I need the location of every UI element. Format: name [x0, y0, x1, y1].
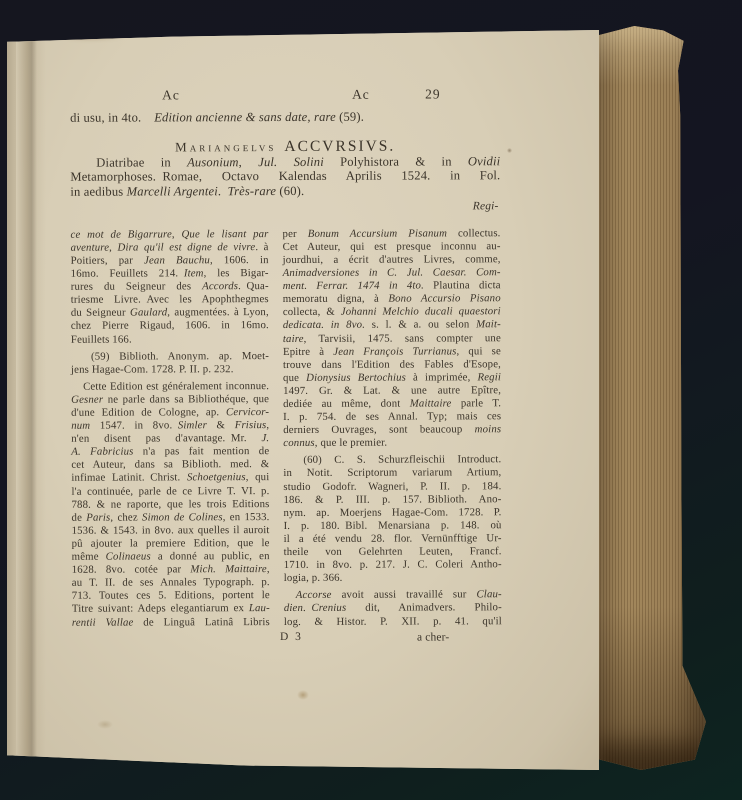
text-line: dediée au même, dont Maittaire parle T. — [283, 397, 501, 411]
text-line: taire, Tarvisii, 1475. sans compter une — [283, 332, 501, 346]
text-line: 1536. & 1543. in 8vo. aux quelles il aur… — [72, 524, 270, 538]
paper-speck — [507, 148, 512, 153]
text-line: log. & Histor. P. XII. p. 41. qu'il — [284, 615, 502, 629]
text-line: 1628. 8vo. cotée par Mich. Maittaire, — [72, 563, 270, 577]
text-line: Feuillets 166. — [71, 333, 269, 347]
left-paragraph-continuation: ce mot de Bigarrure, Que le lisant parav… — [71, 228, 269, 347]
text-line: (59) Biblioth. Anonym. ap. Moet- — [71, 350, 269, 364]
text-line: studio Godofr. Wagneri, P. II. p. 184. — [283, 480, 501, 494]
text-line: même Colinaeus a donné au public, en — [72, 550, 270, 564]
text-line: Gesner ne parle dans sa Bibliothéque, qu… — [71, 393, 269, 407]
text-line: n'en disent pas d'avantage. Mr. J. — [71, 432, 269, 446]
article-heading: MariangelvsACCVRSIVS. — [70, 139, 500, 156]
text-line: d'une Edition de Cologne, ap. Cervicor- — [71, 406, 269, 420]
gutter-strip — [7, 30, 16, 770]
text-line: connus, que le premier. — [283, 437, 501, 451]
page-content: Ac Ac 29 di usu, in 4to. Edition ancienn… — [70, 87, 502, 647]
text-line: ment. Ferrar. 1474 in 4to. Plautina dict… — [283, 279, 501, 293]
book-fore-edge — [594, 26, 706, 770]
text-line: triesme Livre. Avec les Apophthegmes — [71, 293, 269, 307]
text-line: 788. & ne raporte, que les trois Edition… — [71, 498, 269, 512]
footnote-59: (59) Biblioth. Anonym. ap. Moet-jens Hag… — [71, 350, 269, 377]
text-line: in aedibus Marcelli Argentei. Très-rare … — [70, 183, 500, 199]
text-line: dien. Crenius dit, Animadvers. Philo- — [284, 602, 502, 616]
text-line: num 1547. in 8vo. Simler & Frisius, — [71, 419, 269, 433]
text-line: A. Fabricius n'a pas fait mention de — [71, 445, 269, 459]
page-footer: D 3 a cher- — [72, 630, 502, 648]
paper-stain — [297, 690, 309, 700]
text-line: ce mot de Bigarrure, Que le lisant par — [71, 228, 269, 242]
text-line: 1710. in 8vo. p. 217. J. C. Coleri Antho… — [284, 558, 502, 572]
text-line: I. p. 180. Bibl. Menarsiana p. 148. où — [284, 519, 502, 533]
text-columns: ce mot de Bigarrure, Que le lisant parav… — [71, 227, 502, 629]
text-line: dedicata. in 8vo. s. l. & a. ou selon Ma… — [283, 319, 501, 333]
gutter-crease — [16, 30, 46, 770]
text-line: du Seigneur Gaulard, augmentées. à Lyon, — [71, 306, 269, 320]
text-line: de Paris, chez Simon de Colines, en 1533… — [72, 511, 270, 525]
text-line: rentii Vallae de Linguâ Latinâ Libris — [72, 616, 270, 630]
text-line: Epitre à Jean François Turrianus, qui se — [283, 345, 501, 359]
text-line: nym. ap. Moerjens Hagae-Com. 1728. P. — [283, 506, 501, 520]
text-line: per Bonum Accursium Pisanum collectus. — [283, 227, 501, 241]
author-forename: Mariangelvs — [175, 139, 276, 154]
text-line: derniers Ouvrages, sont beaucoup moins — [283, 423, 501, 437]
text-line: 1497. Gr. & Lat. & une autre Epître, — [283, 384, 501, 398]
text-line: Diatribae in Ausonium, Jul. Solini Polyh… — [70, 154, 500, 170]
text-line: 713. Toutes ces 5. Editions, portent le — [72, 589, 270, 603]
text-line: Animadversiones in C. Jul. Caesar. Com- — [283, 266, 501, 280]
text-line: jens Hagae-Com. 1728. P. II. p. 232. — [71, 363, 269, 377]
text-line: l'a continuée, parle de ce Livre T. VI. … — [71, 485, 269, 499]
text-line: in Notit. Scriptorum variarum Artium, — [283, 467, 501, 481]
page-number: 29 — [425, 87, 441, 100]
text-line: Metamorphoses. Romae, Octavo Kalendas Ap… — [70, 169, 500, 185]
left-column: ce mot de Bigarrure, Que le lisant parav… — [71, 228, 270, 630]
catchword-top: Regi- — [70, 200, 500, 215]
text-line: pû ajouter la premiere Edition, que le — [72, 537, 270, 551]
text-line: (60) C. S. Schurzfleischii Introduct. — [283, 454, 501, 468]
left-paragraph-edition-note: Cette Edition est généralement inconnue.… — [71, 380, 270, 629]
text-line: Poitiers, par Jean Bauchu, 1606. in — [71, 254, 269, 268]
text-line: logia, p. 366. — [284, 571, 502, 585]
text-line: cet Auteur, dans sa Biblioth. med. & — [71, 458, 269, 472]
text-line: 186. & P. III. p. 157. Biblioth. Ano- — [283, 493, 501, 507]
text-line: Accorse avoit aussi travaillé sur Clau- — [284, 589, 502, 603]
photo-background: Ac Ac 29 di usu, in 4to. Edition ancienn… — [0, 0, 742, 800]
author-surname: ACCVRSIVS. — [284, 138, 395, 155]
catchword-bottom: a cher- — [417, 631, 449, 644]
right-column: per Bonum Accursium Pisanum collectus.Ce… — [283, 227, 502, 629]
worn-top-edge — [55, 26, 127, 40]
text-line: chez Pierre Rigaud, 1606. in 16mo. — [71, 320, 269, 334]
text-line: infimae Latinit. Christ. Schoetgenius, q… — [71, 472, 269, 486]
running-head-left: Ac — [162, 88, 180, 101]
right-paragraph-continuation: per Bonum Accursium Pisanum collectus.Ce… — [283, 227, 502, 450]
book-page: Ac Ac 29 di usu, in 4to. Edition ancienn… — [7, 30, 599, 770]
text-line: jourdhui, a écrit d'autres Livres, comme… — [283, 253, 501, 267]
running-head-right: Ac — [352, 88, 370, 101]
text-line: memoratu digna, à Bono Accursio Pisano — [283, 293, 501, 307]
continuation-line: di usu, in 4to. Edition ancienne & sans … — [70, 109, 500, 126]
text-line: au T. II. de ses Annales Typograph. p. — [72, 576, 270, 590]
text-line: Cet Auteur, qui est presque inconnu au- — [283, 240, 501, 254]
text-line: collecta, & Johanni Melchio ducali quaes… — [283, 306, 501, 320]
text-line: aventure, Dira qu'il est digne de vivre.… — [71, 241, 269, 255]
text-line: rures du Seigneur des Accords. Qua- — [71, 280, 269, 294]
text-line: trouve dans l'Edition des Fables d'Esope… — [283, 358, 501, 372]
text-line: theile von Gelehrten Leuten, Francf. — [284, 545, 502, 559]
title-paragraph: Diatribae in Ausonium, Jul. Solini Polyh… — [70, 154, 500, 198]
text-line: il a été vendu 28. flor. Vernünfftige Ur… — [284, 532, 502, 546]
text-line: Titre suivant: Adeps elegantiarum ex Lau… — [72, 602, 270, 616]
running-head: Ac Ac 29 — [70, 87, 500, 106]
text-line: que Dionysius Bertochius à imprimée, Reg… — [283, 371, 501, 385]
paper-stain — [97, 720, 113, 729]
column-gap — [269, 228, 284, 629]
signature-mark: D 3 — [280, 631, 303, 644]
text-line: I. p. 754. de ses Annal. Typ; mais ces — [283, 410, 501, 424]
footnote-60: (60) C. S. Schurzfleischii Introduct.in … — [283, 454, 501, 586]
right-paragraph-accorse: Accorse avoit aussi travaillé sur Clau-d… — [284, 589, 502, 629]
text-line: Cette Edition est généralement inconnue. — [71, 380, 269, 394]
text-line: 16mo. Feuillets 214. Item, les Bigar- — [71, 267, 269, 281]
